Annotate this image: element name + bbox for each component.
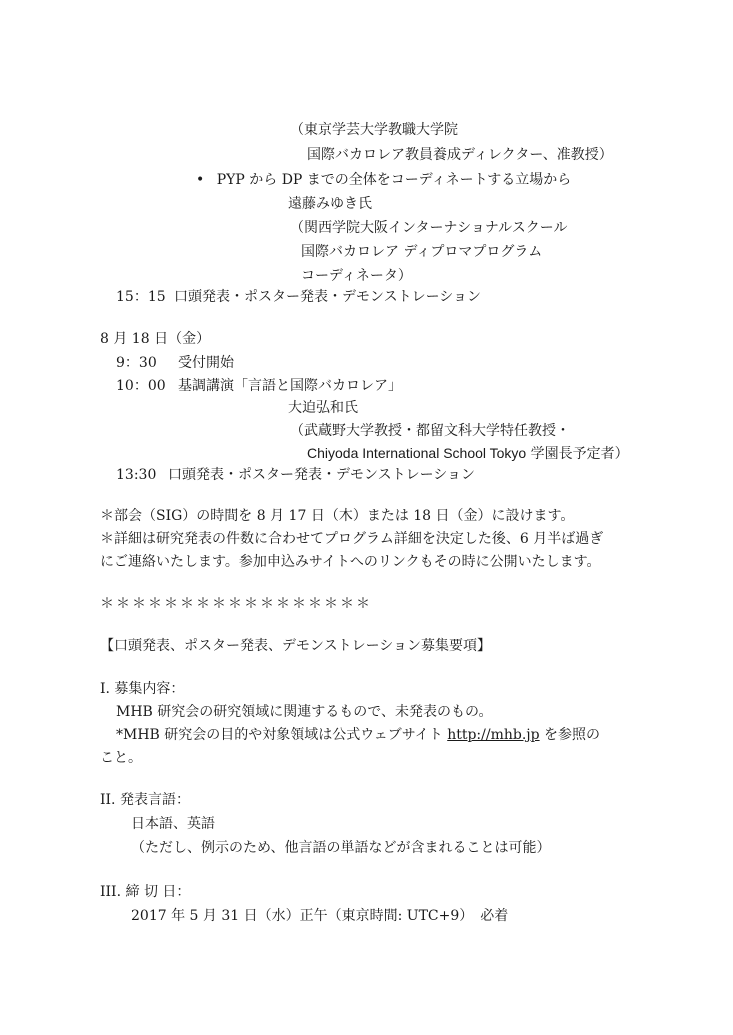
bullet-text: PYP から DP までの全体をコーディネートする立場から [217,172,572,188]
section-2-line-1: 日本語、英語 [131,814,215,834]
schedule-item: 9：30 受付開始 [116,353,157,373]
schedule-time: 15：15 [116,289,166,305]
school-name-en: Chiyoda International School Tokyo [307,445,526,461]
section-2-line-2: （ただし、例示のため、他言語の単語などが含まれることは可能） [131,838,550,858]
keynote-affiliation-line-2: Chiyoda International School Tokyo 学園長予定… [307,443,629,464]
schedule-time: 13:30 [116,467,156,483]
schedule-item: 10：00 基調講演「言語と国際バカロレア」 [116,376,166,396]
schedule-text: 受付開始 [178,353,234,373]
speaker-2-name: 遠藤みゆき氏 [288,194,372,214]
schedule-time: 10：00 [116,378,166,394]
affiliation-2-line-1: （関西学院大阪インターナショナルスクール [290,218,567,238]
school-title-jp: 学園長予定者） [526,446,628,462]
keynote-affiliation-line-1: （武蔵野大学教授・都留文科大学特任教授・ [290,421,570,441]
section-1-line-3: こと。 [100,748,142,768]
section-1-heading: I. 募集内容： [100,679,184,699]
schedule-text: 口頭発表・ポスター発表・デモンストレーション [168,465,475,485]
note-line: にご連絡いたします。参加申込みサイトへのリンクもその時に公開いたします。 [100,552,601,572]
affiliation-1-line-1: （東京学芸大学教職大学院 [290,120,458,140]
day-2-date: 8 月 18 日（金） [100,329,210,349]
call-title: 【口頭発表、ポスター発表、デモンストレーション募集要項】 [100,636,491,656]
section-1-text-post: を参照の [540,727,600,743]
schedule-item: 15：15 口頭発表・ポスター発表・デモンストレーション [116,287,166,307]
note-line: ＊詳細は研究発表の件数に合わせてプログラム詳細を決定した後、6 月半ば過ぎ [100,529,603,549]
website-link[interactable]: http://mhb.jp [447,727,539,743]
affiliation-2-line-3: コーディネータ） [301,266,412,286]
schedule-text: 基調講演「言語と国際バカロレア」 [178,376,402,396]
section-1-line-1: MHB 研究会の研究領域に関連するもので、未発表のもの。 [116,702,492,722]
section-3-line-1: 2017 年 5 月 31 日（水）正午（東京時間: UTC+9） 必着 [131,906,508,926]
section-1-text: *MHB 研究会の目的や対象領域は公式ウェブサイト [116,727,447,743]
keynote-speaker: 大迫弘和氏 [288,398,358,418]
note-line: ＊部会（SIG）の時間を 8 月 17 日（木）または 18 日（金）に設けます… [100,506,574,526]
bullet-icon: • [196,172,204,188]
section-2-heading: II. 発表言語： [100,790,190,810]
schedule-item: 13:30 口頭発表・ポスター発表・デモンストレーション [116,465,156,485]
schedule-time: 9：30 [116,355,157,371]
affiliation-1-line-2: 国際バカロレア教員養成ディレクター、准教授） [307,145,613,165]
bullet-item: • PYP から DP までの全体をコーディネートする立場から [196,170,571,190]
separator: ＊＊＊＊＊＊＊＊＊＊＊＊＊＊＊＊＊ [100,594,372,614]
schedule-text: 口頭発表・ポスター発表・デモンストレーション [174,287,481,307]
affiliation-2-line-2: 国際バカロレア ディプロマプログラム [301,242,542,262]
section-1-line-2: *MHB 研究会の目的や対象領域は公式ウェブサイト http://mhb.jp … [116,725,600,745]
section-3-heading: III. 締 切 日： [100,882,190,902]
